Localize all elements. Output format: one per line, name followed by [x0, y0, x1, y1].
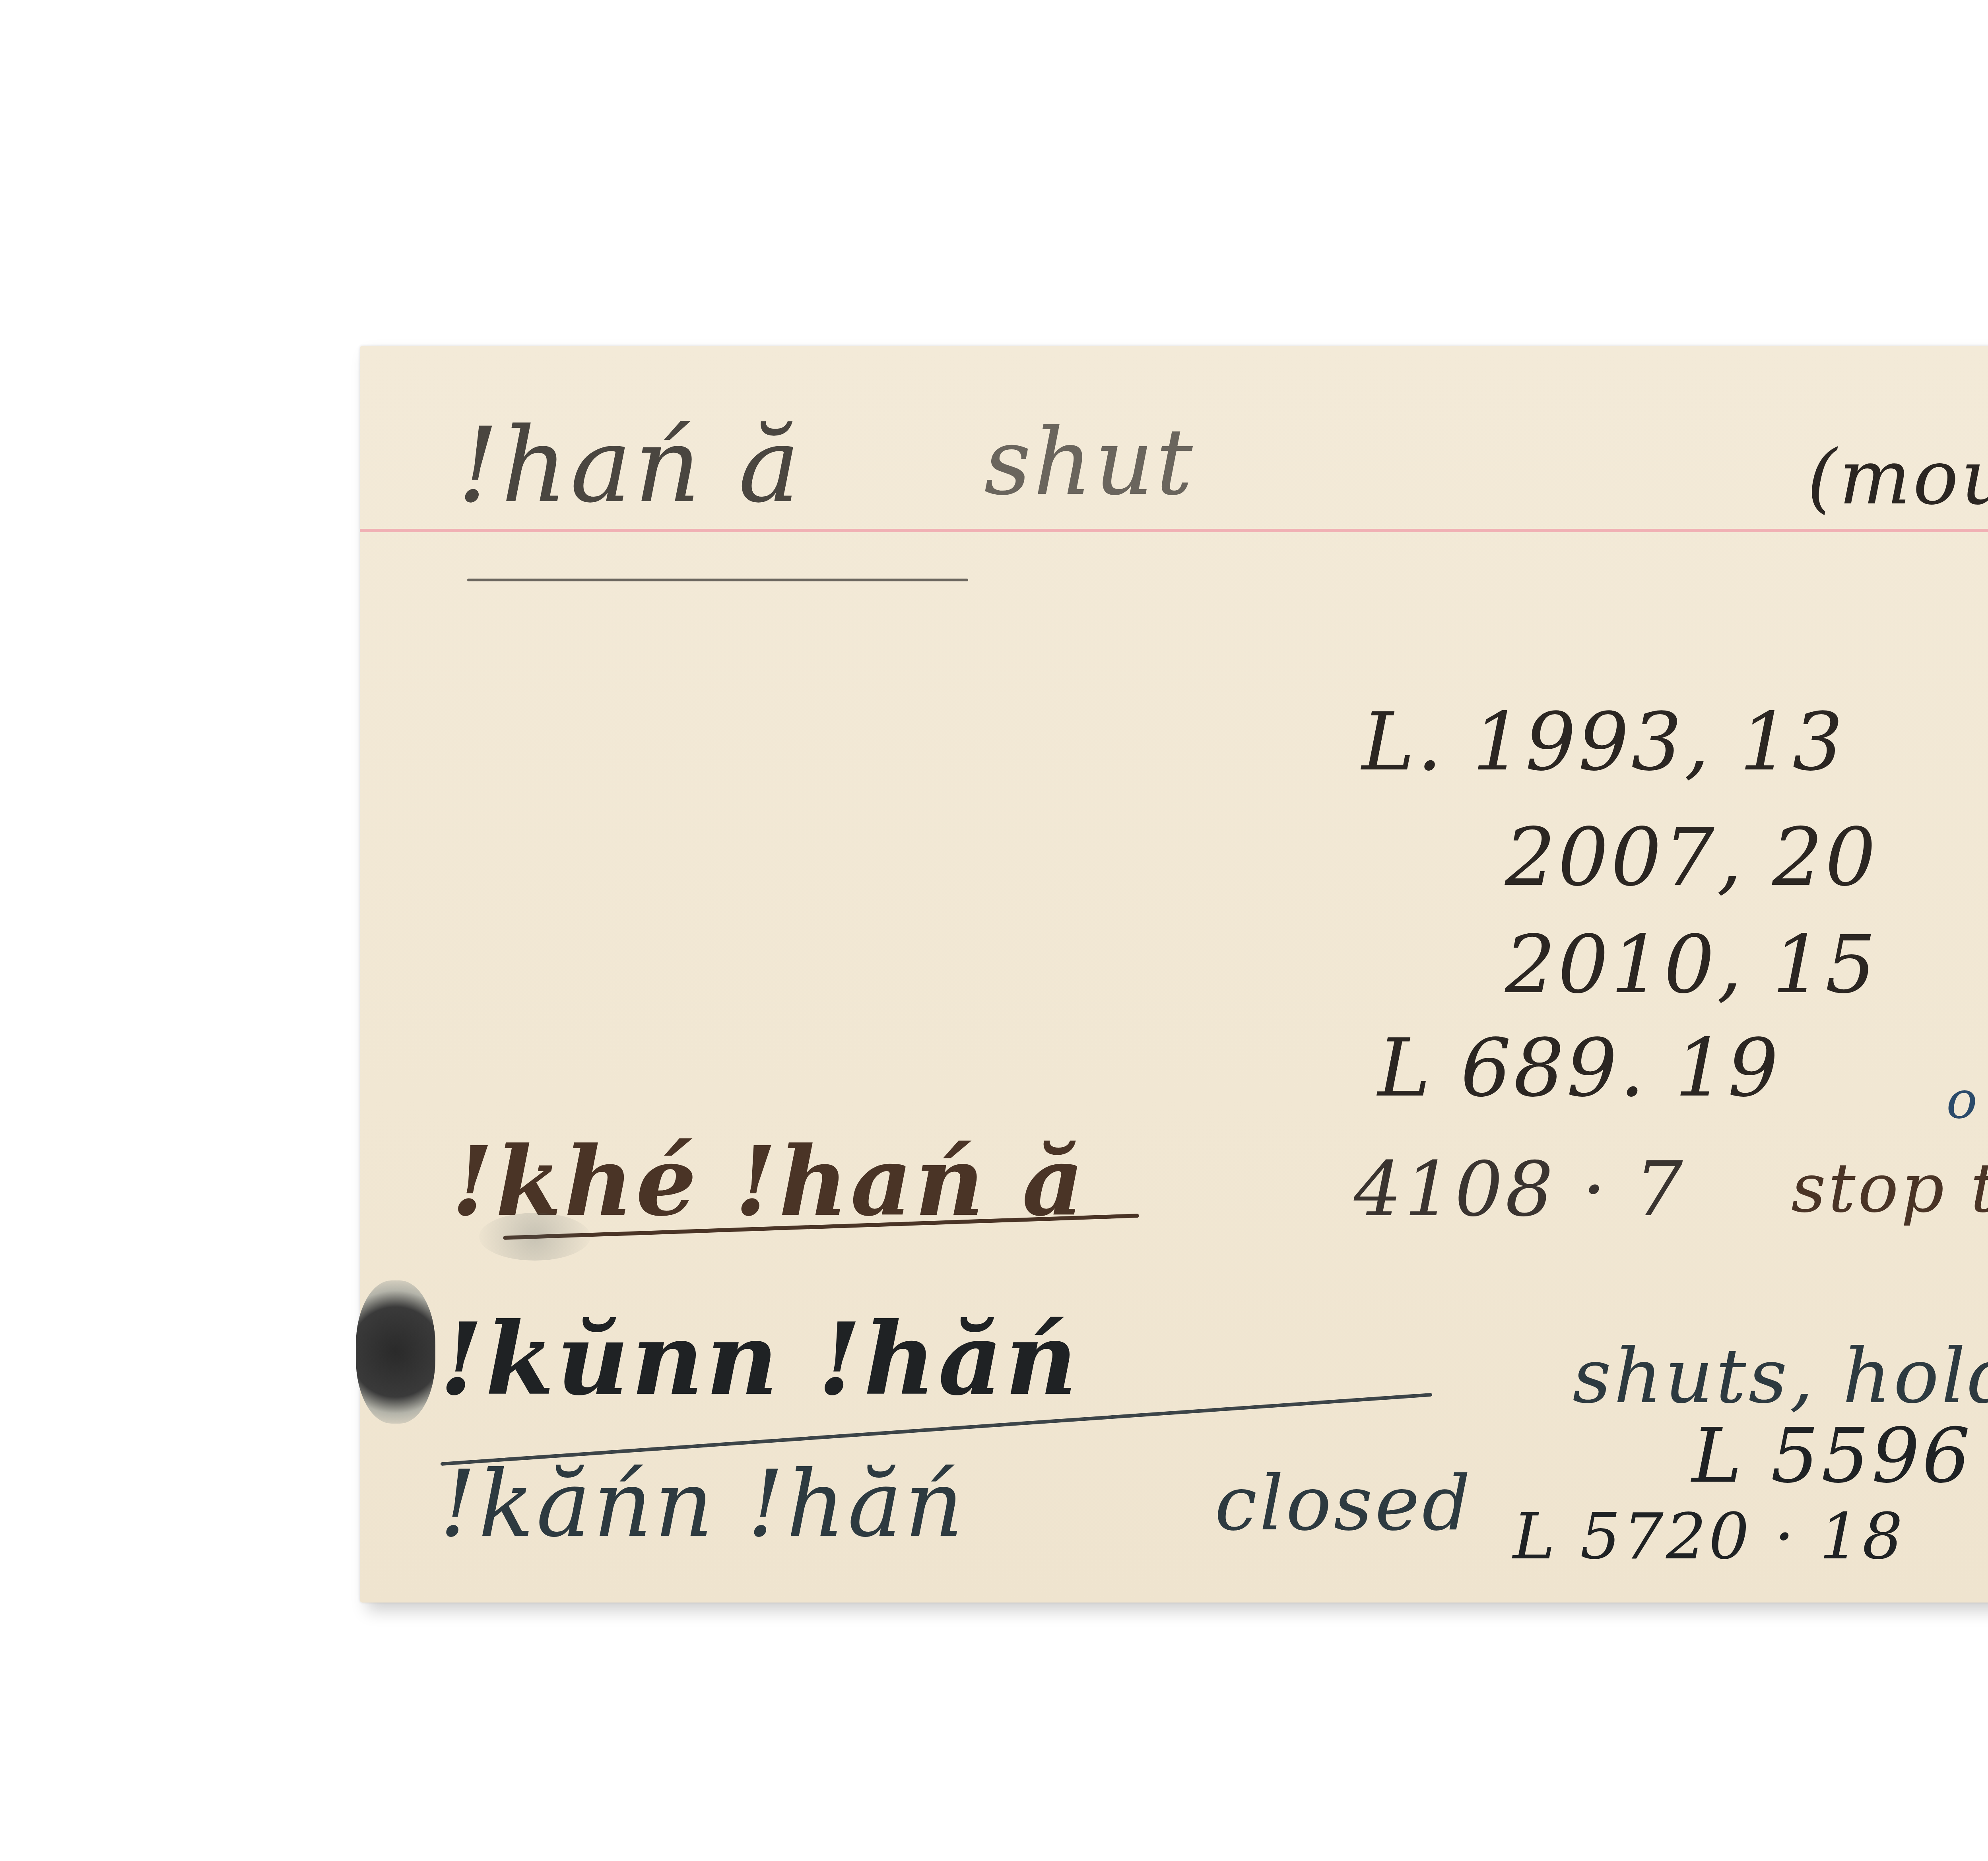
- reference-2: 2007, 20: [1505, 811, 1878, 904]
- entry-1-mark: o: [1946, 1070, 1980, 1130]
- headword-gloss: shut: [984, 410, 1195, 516]
- entry-3-ref-2: L 5720 · 18: [1513, 1499, 1905, 1573]
- ink-stain: [356, 1280, 435, 1424]
- index-card: !hań ă shut (mouth) L. 1993, 13 2007, 20…: [360, 346, 1988, 1603]
- entry-2-term: !kŭnn !hăń: [439, 1300, 1080, 1417]
- pencil-smudge: [479, 1213, 590, 1261]
- headword-underline: [467, 579, 968, 581]
- reference-3: 2010, 15: [1505, 919, 1878, 1011]
- entry-2-gloss: shuts, holds shut: [1573, 1332, 1988, 1420]
- headword-term: !hań ă: [457, 406, 802, 526]
- entry-3-gloss: closed: [1215, 1459, 1473, 1547]
- red-rule-line: [360, 529, 1988, 532]
- entry-1-gloss: stop the retreat: [1791, 1149, 1988, 1228]
- entry-3-term: !kăńn !hăń: [439, 1451, 966, 1558]
- entry-3-ref-1: L 5596 : 17: [1692, 1412, 1988, 1500]
- reference-1: L. 1993, 13: [1362, 696, 1846, 789]
- headword-note: (mouth): [1807, 433, 1988, 521]
- entry-1-ref: 4108 · 7: [1354, 1145, 1685, 1233]
- reference-4: L 689. 19: [1378, 1022, 1781, 1115]
